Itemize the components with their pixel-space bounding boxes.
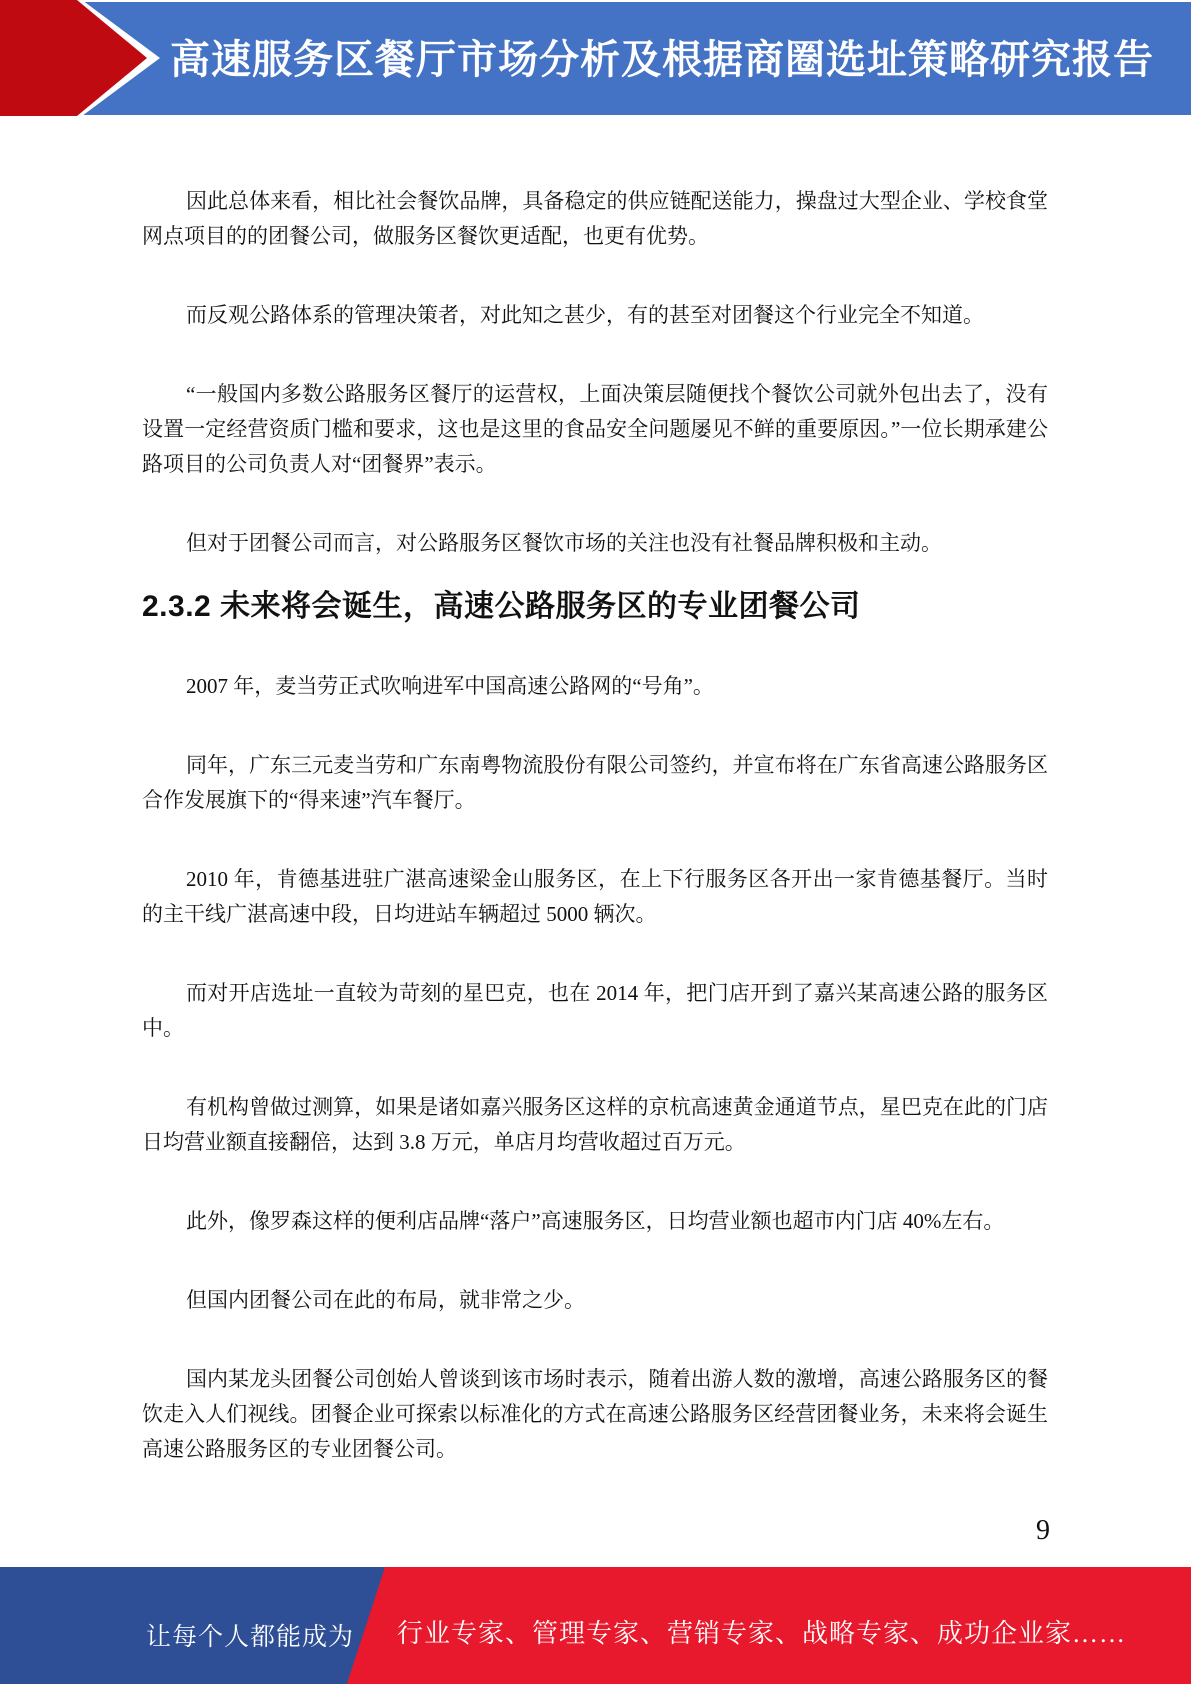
footer-slogan-right: 行业专家、管理专家、营销专家、战略专家、成功企业家……: [397, 1613, 1126, 1650]
paragraph: 但国内团餐公司在此的布局，就非常之少。: [142, 1283, 1048, 1318]
paragraph: 而对开店选址一直较为苛刻的星巴克，也在 2014 年，把门店开到了嘉兴某高速公路…: [142, 976, 1048, 1046]
paragraph: “一般国内多数公路服务区餐厅的运营权，上面决策层随便找个餐饮公司就外包出去了，没…: [142, 377, 1048, 482]
paragraph: 国内某龙头团餐公司创始人曾谈到该市场时表示，随着出游人数的激增，高速公路服务区的…: [142, 1362, 1048, 1467]
document-page: 高速服务区餐厅市场分析及根据商圈选址策略研究报告 因此总体来看，相比社会餐饮品牌…: [0, 0, 1191, 1684]
paragraph: 而反观公路体系的管理决策者，对此知之甚少，有的甚至对团餐这个行业完全不知道。: [142, 298, 1048, 333]
paragraph: 同年，广东三元麦当劳和广东南粤物流股份有限公司签约，并宣布将在广东省高速公路服务…: [142, 748, 1048, 818]
paragraph: 2007 年，麦当劳正式吹响进军中国高速公路网的“号角”。: [142, 669, 1048, 704]
paragraph: 因此总体来看，相比社会餐饮品牌，具备稳定的供应链配送能力，操盘过大型企业、学校食…: [142, 184, 1048, 254]
document-body: 因此总体来看，相比社会餐饮品牌，具备稳定的供应链配送能力，操盘过大型企业、学校食…: [142, 140, 1048, 1467]
page-header: 高速服务区餐厅市场分析及根据商圈选址策略研究报告: [0, 0, 1191, 116]
page-footer: 让每个人都能成为 行业专家、管理专家、营销专家、战略专家、成功企业家……: [0, 1567, 1191, 1684]
section-heading: 2.3.2 未来将会诞生，高速公路服务区的专业团餐公司: [142, 589, 1048, 625]
paragraph: 2010 年，肯德基进驻广湛高速梁金山服务区，在上下行服务区各开出一家肯德基餐厅…: [142, 862, 1048, 932]
paragraph: 此外，像罗森这样的便利店品牌“落户”高速服务区，日均营业额也超市内门店 40%左…: [142, 1204, 1048, 1239]
footer-slogan-left: 让每个人都能成为: [146, 1617, 354, 1653]
page-number: 9: [1036, 1514, 1050, 1548]
chevron-arrow-icon: [0, 0, 170, 116]
paragraph: 有机构曾做过测算，如果是诸如嘉兴服务区这样的京杭高速黄金通道节点，星巴克在此的门…: [142, 1090, 1048, 1160]
report-title: 高速服务区餐厅市场分析及根据商圈选址策略研究报告: [170, 0, 1154, 113]
paragraph: 但对于团餐公司而言，对公路服务区餐饮市场的关注也没有社餐品牌积极和主动。: [142, 526, 1048, 561]
